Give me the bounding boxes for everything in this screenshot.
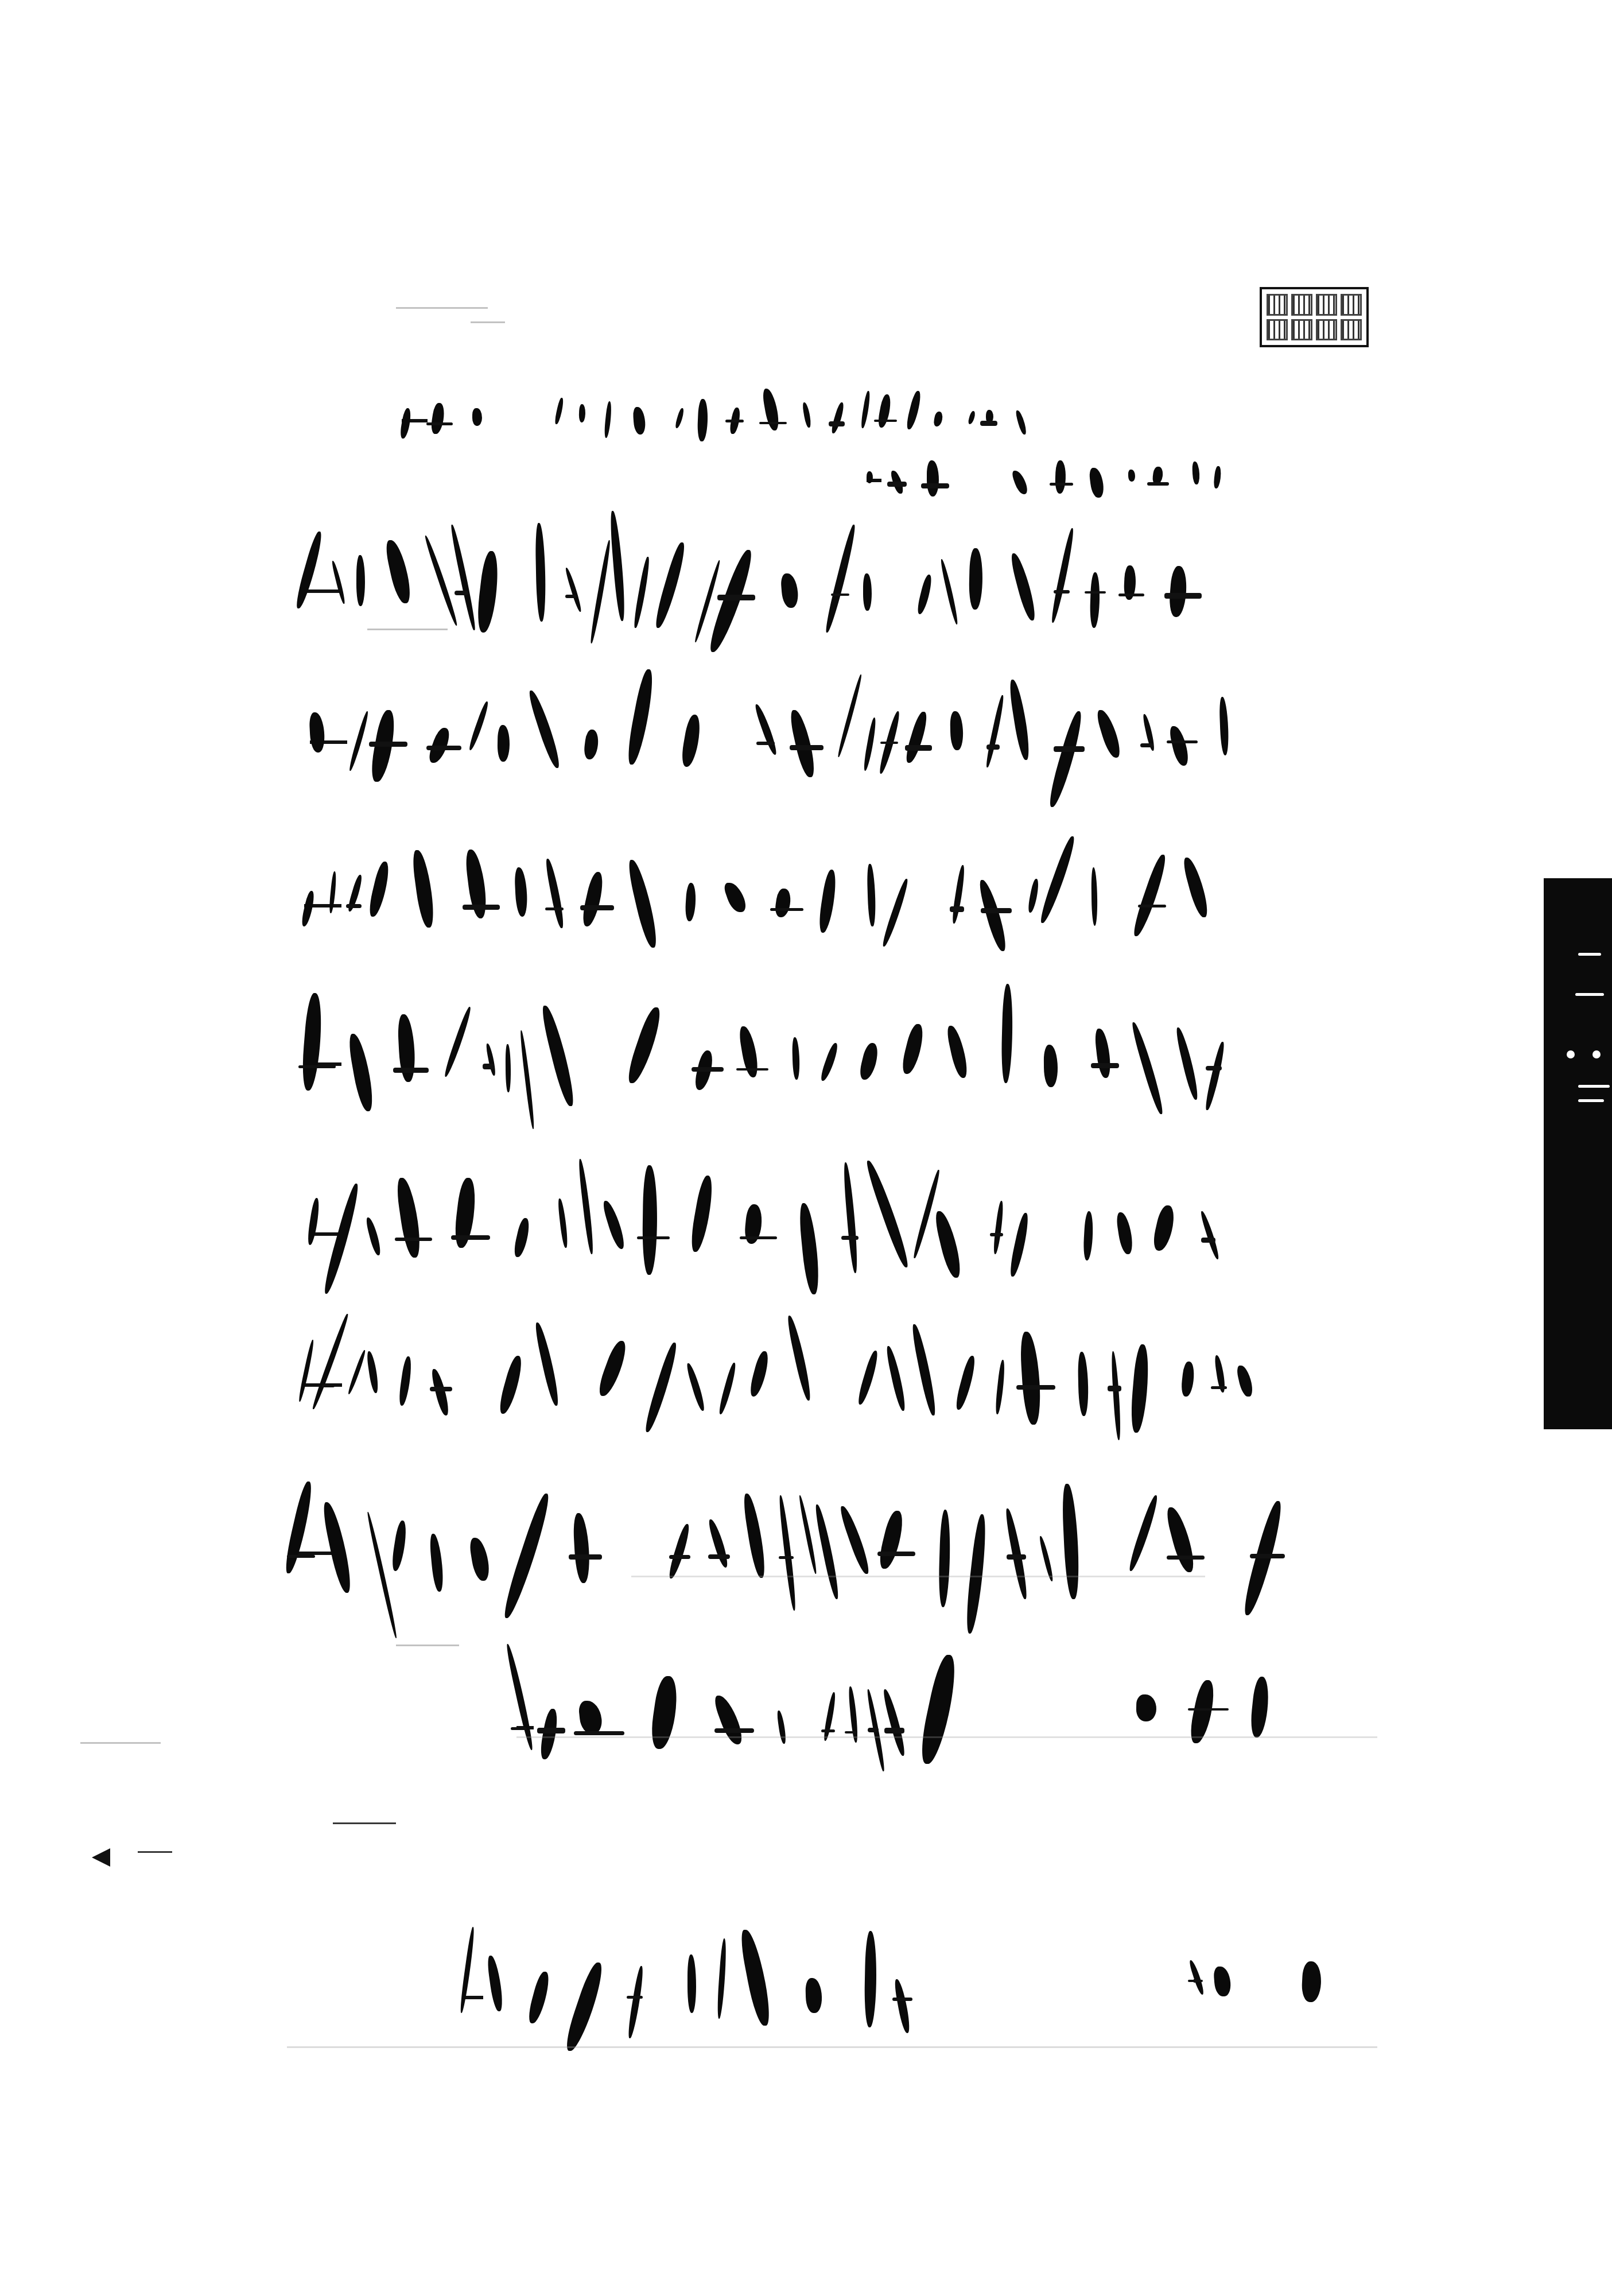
ink-glyph <box>430 403 446 434</box>
ink-glyph <box>938 1510 951 1607</box>
seal-glyph <box>1341 294 1362 316</box>
ink-glyph <box>496 1356 526 1414</box>
ink-glyph <box>674 408 685 428</box>
ink-glyph <box>609 511 626 621</box>
ink-mark <box>138 1851 172 1853</box>
ink-glyph <box>792 1037 800 1080</box>
ink-glyph <box>1164 1507 1198 1572</box>
ink-glyph <box>1188 1960 1206 1995</box>
ink-glyph <box>806 1978 822 2013</box>
ink-glyph <box>876 1511 907 1569</box>
ink-glyph <box>1236 1366 1254 1397</box>
ink-glyph <box>945 1026 970 1078</box>
ink-glyph <box>624 669 657 765</box>
ink-glyph <box>1089 572 1101 628</box>
ink-glyph <box>309 712 325 753</box>
ink-glyph <box>1008 1213 1031 1277</box>
seal-glyph <box>1291 319 1312 341</box>
ink-glyph <box>486 1956 504 2011</box>
ink-glyph <box>688 1176 716 1252</box>
ink-glyph <box>798 1495 818 1574</box>
faint-mark <box>367 629 448 630</box>
ink-glyph <box>1110 1351 1122 1440</box>
ink-glyph <box>776 1711 787 1744</box>
ink-glyph <box>697 399 709 441</box>
ink-glyph <box>1219 697 1229 755</box>
ink-glyph <box>1082 1211 1094 1261</box>
ink-glyph <box>1062 1484 1081 1599</box>
ink-glyph <box>459 1927 476 2013</box>
ink-glyph <box>786 1316 813 1401</box>
ink-glyph <box>1128 470 1135 482</box>
ink-glyph <box>778 1495 798 1611</box>
ink-glyph <box>894 1979 912 2033</box>
ink-glyph <box>823 525 859 633</box>
ink-glyph <box>1130 855 1170 936</box>
ink-glyph <box>642 1165 658 1275</box>
text-line-7 <box>293 1469 1268 1619</box>
seal-glyph <box>1267 319 1288 341</box>
ink-glyph <box>860 391 872 428</box>
ink-glyph <box>707 1519 731 1568</box>
ink-glyph <box>601 1201 627 1249</box>
ink-glyph <box>538 1709 560 1759</box>
ink-glyph <box>472 408 481 426</box>
ink-glyph <box>500 1494 555 1618</box>
ink-glyph <box>561 1963 608 2051</box>
ink-glyph <box>398 1356 413 1406</box>
ink-glyph <box>632 557 651 628</box>
ink-glyph <box>321 1184 363 1294</box>
ink-glyph <box>1249 1677 1271 1737</box>
ink-glyph <box>1038 836 1079 923</box>
ink-glyph <box>666 1524 693 1578</box>
ink-glyph <box>910 1324 938 1415</box>
ink-glyph <box>356 555 365 606</box>
ink-glyph <box>842 1162 859 1273</box>
ink-glyph <box>1046 711 1087 807</box>
ink-glyph <box>995 1360 1006 1414</box>
ink-glyph <box>863 573 872 611</box>
ink-glyph <box>411 850 436 928</box>
ink-glyph <box>867 864 876 926</box>
signature-mark-2 <box>1194 1929 1343 2020</box>
ink-glyph <box>904 391 923 429</box>
ink-glyph <box>526 1972 552 2023</box>
faint-rule <box>516 1736 1377 1738</box>
ink-glyph <box>1181 858 1211 917</box>
ink-glyph <box>442 1007 474 1077</box>
ink-glyph <box>297 1340 315 1402</box>
ink-glyph <box>632 407 646 435</box>
ink-glyph <box>951 865 966 924</box>
ink-glyph <box>557 1199 568 1248</box>
ink-glyph <box>716 1938 728 2019</box>
ink-glyph <box>885 1346 908 1411</box>
ink-glyph <box>880 879 911 947</box>
ink-glyph <box>1199 1211 1221 1259</box>
footer-line <box>465 1923 924 2055</box>
ink-glyph <box>347 1350 367 1394</box>
ink-glyph <box>1174 1027 1201 1100</box>
ink-glyph <box>582 730 600 759</box>
ink-glyph <box>1015 410 1027 435</box>
ink-glyph <box>399 408 413 439</box>
ink-glyph <box>1168 726 1190 766</box>
ink-glyph <box>969 548 983 610</box>
ink-mark <box>333 1822 396 1824</box>
ink-glyph <box>395 1178 423 1258</box>
ink-glyph <box>723 883 749 912</box>
ink-glyph <box>626 1966 645 2038</box>
ink-glyph <box>1008 680 1032 760</box>
ink-glyph <box>1130 1022 1166 1114</box>
ink-glyph <box>788 710 818 777</box>
seal-stamp <box>1260 287 1369 347</box>
text-line-5 <box>310 1159 1245 1291</box>
ink-glyph <box>1001 984 1014 1083</box>
binding-edge <box>1544 878 1612 1429</box>
ink-glyph <box>1094 710 1123 758</box>
ink-glyph <box>1136 1694 1157 1721</box>
ink-glyph <box>1055 460 1066 494</box>
ink-glyph <box>862 717 877 771</box>
ink-glyph <box>687 1954 696 2013</box>
ink-glyph <box>933 412 944 426</box>
ink-glyph <box>748 1351 772 1397</box>
ink-glyph <box>864 1931 877 2027</box>
ink-glyph <box>545 859 566 928</box>
ink-glyph <box>856 1351 881 1405</box>
ink-glyph <box>580 872 607 926</box>
ink-glyph <box>603 401 612 438</box>
ink-glyph <box>881 1689 907 1756</box>
faint-mark <box>396 1645 459 1646</box>
ink-glyph <box>836 674 864 757</box>
faint-mark <box>471 321 505 323</box>
ink-glyph <box>1180 1362 1195 1397</box>
ink-glyph <box>485 1044 496 1076</box>
seal-glyph <box>1316 319 1337 341</box>
ink-glyph <box>506 1044 511 1092</box>
faint-rule <box>287 2046 1377 2048</box>
ink-glyph <box>753 704 779 755</box>
ink-glyph <box>1044 1045 1058 1087</box>
ink-glyph <box>589 540 612 643</box>
ink-glyph <box>838 1506 872 1574</box>
ink-glyph <box>595 1341 631 1396</box>
header-line-2 <box>867 453 1234 499</box>
ink-glyph <box>927 460 939 497</box>
ink-glyph <box>347 1034 376 1111</box>
text-line-4 <box>304 993 1234 1119</box>
ink-glyph <box>367 862 393 917</box>
ink-glyph <box>1129 1344 1151 1433</box>
ink-glyph <box>1168 566 1189 617</box>
ink-glyph <box>953 1356 978 1410</box>
ink-glyph <box>1078 1352 1089 1416</box>
ink-glyph <box>916 1655 962 1764</box>
ink-glyph <box>830 402 846 433</box>
ink-glyph <box>468 1538 492 1581</box>
seal-glyph <box>1267 294 1288 316</box>
ink-glyph <box>1151 1205 1178 1251</box>
ink-glyph <box>366 1512 398 1638</box>
ink-glyph <box>348 711 371 771</box>
ink-glyph <box>526 691 563 768</box>
ink-glyph <box>1004 1508 1030 1599</box>
ink-glyph <box>899 1024 927 1074</box>
ink-glyph <box>1115 1212 1134 1254</box>
ink-glyph <box>366 1351 380 1393</box>
ink-glyph <box>534 1322 561 1406</box>
ink-glyph <box>933 1211 964 1278</box>
ink-glyph <box>1011 471 1030 494</box>
ink-glyph <box>512 1218 531 1257</box>
ink-glyph <box>774 889 793 917</box>
ink-glyph <box>992 1201 1005 1254</box>
ink-glyph <box>497 725 510 762</box>
ink-glyph <box>1213 1967 1232 1996</box>
ink-glyph <box>1094 1029 1112 1078</box>
ink-glyph <box>1027 879 1040 913</box>
faint-rule <box>631 1576 1205 1577</box>
ink-glyph <box>1088 468 1104 498</box>
ink-glyph <box>626 860 660 948</box>
text-line-2 <box>310 677 1240 792</box>
ink-glyph <box>967 411 976 424</box>
ink-glyph <box>814 1504 841 1599</box>
ink-glyph <box>822 1692 837 1741</box>
ink-glyph <box>390 1521 409 1571</box>
ink-glyph <box>1187 1680 1218 1743</box>
left-arrow-mark <box>92 1848 110 1867</box>
ink-glyph <box>365 1217 383 1255</box>
ink-glyph <box>429 1534 444 1592</box>
ink-glyph <box>950 711 963 750</box>
ink-glyph <box>564 568 582 612</box>
ink-glyph <box>704 550 758 652</box>
ink-glyph <box>798 1203 821 1294</box>
ink-glyph <box>1213 466 1222 488</box>
ink-glyph <box>293 532 325 608</box>
ink-glyph <box>300 891 316 926</box>
ink-glyph <box>818 1043 841 1081</box>
ink-glyph <box>310 1314 351 1409</box>
ink-glyph <box>579 404 586 422</box>
ink-glyph <box>539 1006 577 1106</box>
ink-glyph <box>741 1494 768 1578</box>
ink-glyph <box>679 715 703 767</box>
ink-glyph <box>1019 1332 1042 1425</box>
ink-glyph <box>282 1481 316 1573</box>
ink-glyph <box>1009 553 1039 620</box>
ink-glyph <box>383 540 414 603</box>
ink-glyph <box>573 1513 591 1583</box>
ink-glyph <box>738 1930 773 2026</box>
ink-glyph <box>717 1363 738 1414</box>
ink-glyph <box>577 1159 595 1254</box>
ink-glyph <box>817 870 839 933</box>
ink-glyph <box>1301 1961 1322 2002</box>
faint-mark <box>396 307 488 309</box>
ink-glyph <box>535 523 546 622</box>
ink-glyph <box>1039 1536 1055 1581</box>
ink-glyph <box>467 701 491 750</box>
header-line-1 <box>402 390 1044 442</box>
ink-glyph <box>685 1363 706 1411</box>
date-line <box>516 1653 953 1785</box>
ink-glyph <box>430 1369 450 1415</box>
seal-glyph <box>1291 294 1312 316</box>
ink-glyph <box>1203 1042 1226 1110</box>
ink-glyph <box>848 1686 859 1743</box>
text-line-6 <box>304 1320 1257 1435</box>
ink-glyph <box>903 712 930 763</box>
ink-glyph <box>514 867 529 917</box>
ink-glyph <box>331 561 346 604</box>
ink-glyph <box>1091 867 1098 926</box>
ink-glyph <box>864 1161 912 1267</box>
seal-glyph <box>1316 294 1337 316</box>
ink-glyph <box>519 1030 535 1129</box>
ink-glyph <box>1050 528 1077 623</box>
ink-glyph <box>877 394 893 428</box>
ink-glyph <box>915 575 934 614</box>
ink-glyph <box>623 1007 666 1083</box>
ink-glyph <box>554 398 565 424</box>
ink-glyph <box>578 1701 604 1734</box>
ink-glyph <box>652 542 689 628</box>
ink-glyph <box>964 1514 990 1634</box>
ink-glyph <box>1192 461 1200 484</box>
ink-glyph <box>780 573 799 608</box>
text-line-3 <box>304 844 1234 953</box>
ink-glyph <box>684 883 696 921</box>
ink-glyph <box>306 1198 321 1245</box>
ink-glyph <box>939 559 960 625</box>
ink-glyph <box>505 1644 535 1750</box>
ink-glyph <box>857 1043 881 1080</box>
ink-glyph <box>642 1343 681 1432</box>
ink-glyph <box>802 402 812 428</box>
manuscript-page <box>0 0 1612 2296</box>
ink-glyph <box>475 551 502 633</box>
ink-glyph <box>985 695 1006 767</box>
ink-glyph <box>320 1502 355 1593</box>
ink-glyph <box>300 993 324 1091</box>
ink-glyph <box>977 880 1010 951</box>
seal-glyph <box>1341 319 1362 341</box>
faint-mark <box>80 1742 161 1744</box>
ink-glyph <box>1126 1495 1161 1571</box>
